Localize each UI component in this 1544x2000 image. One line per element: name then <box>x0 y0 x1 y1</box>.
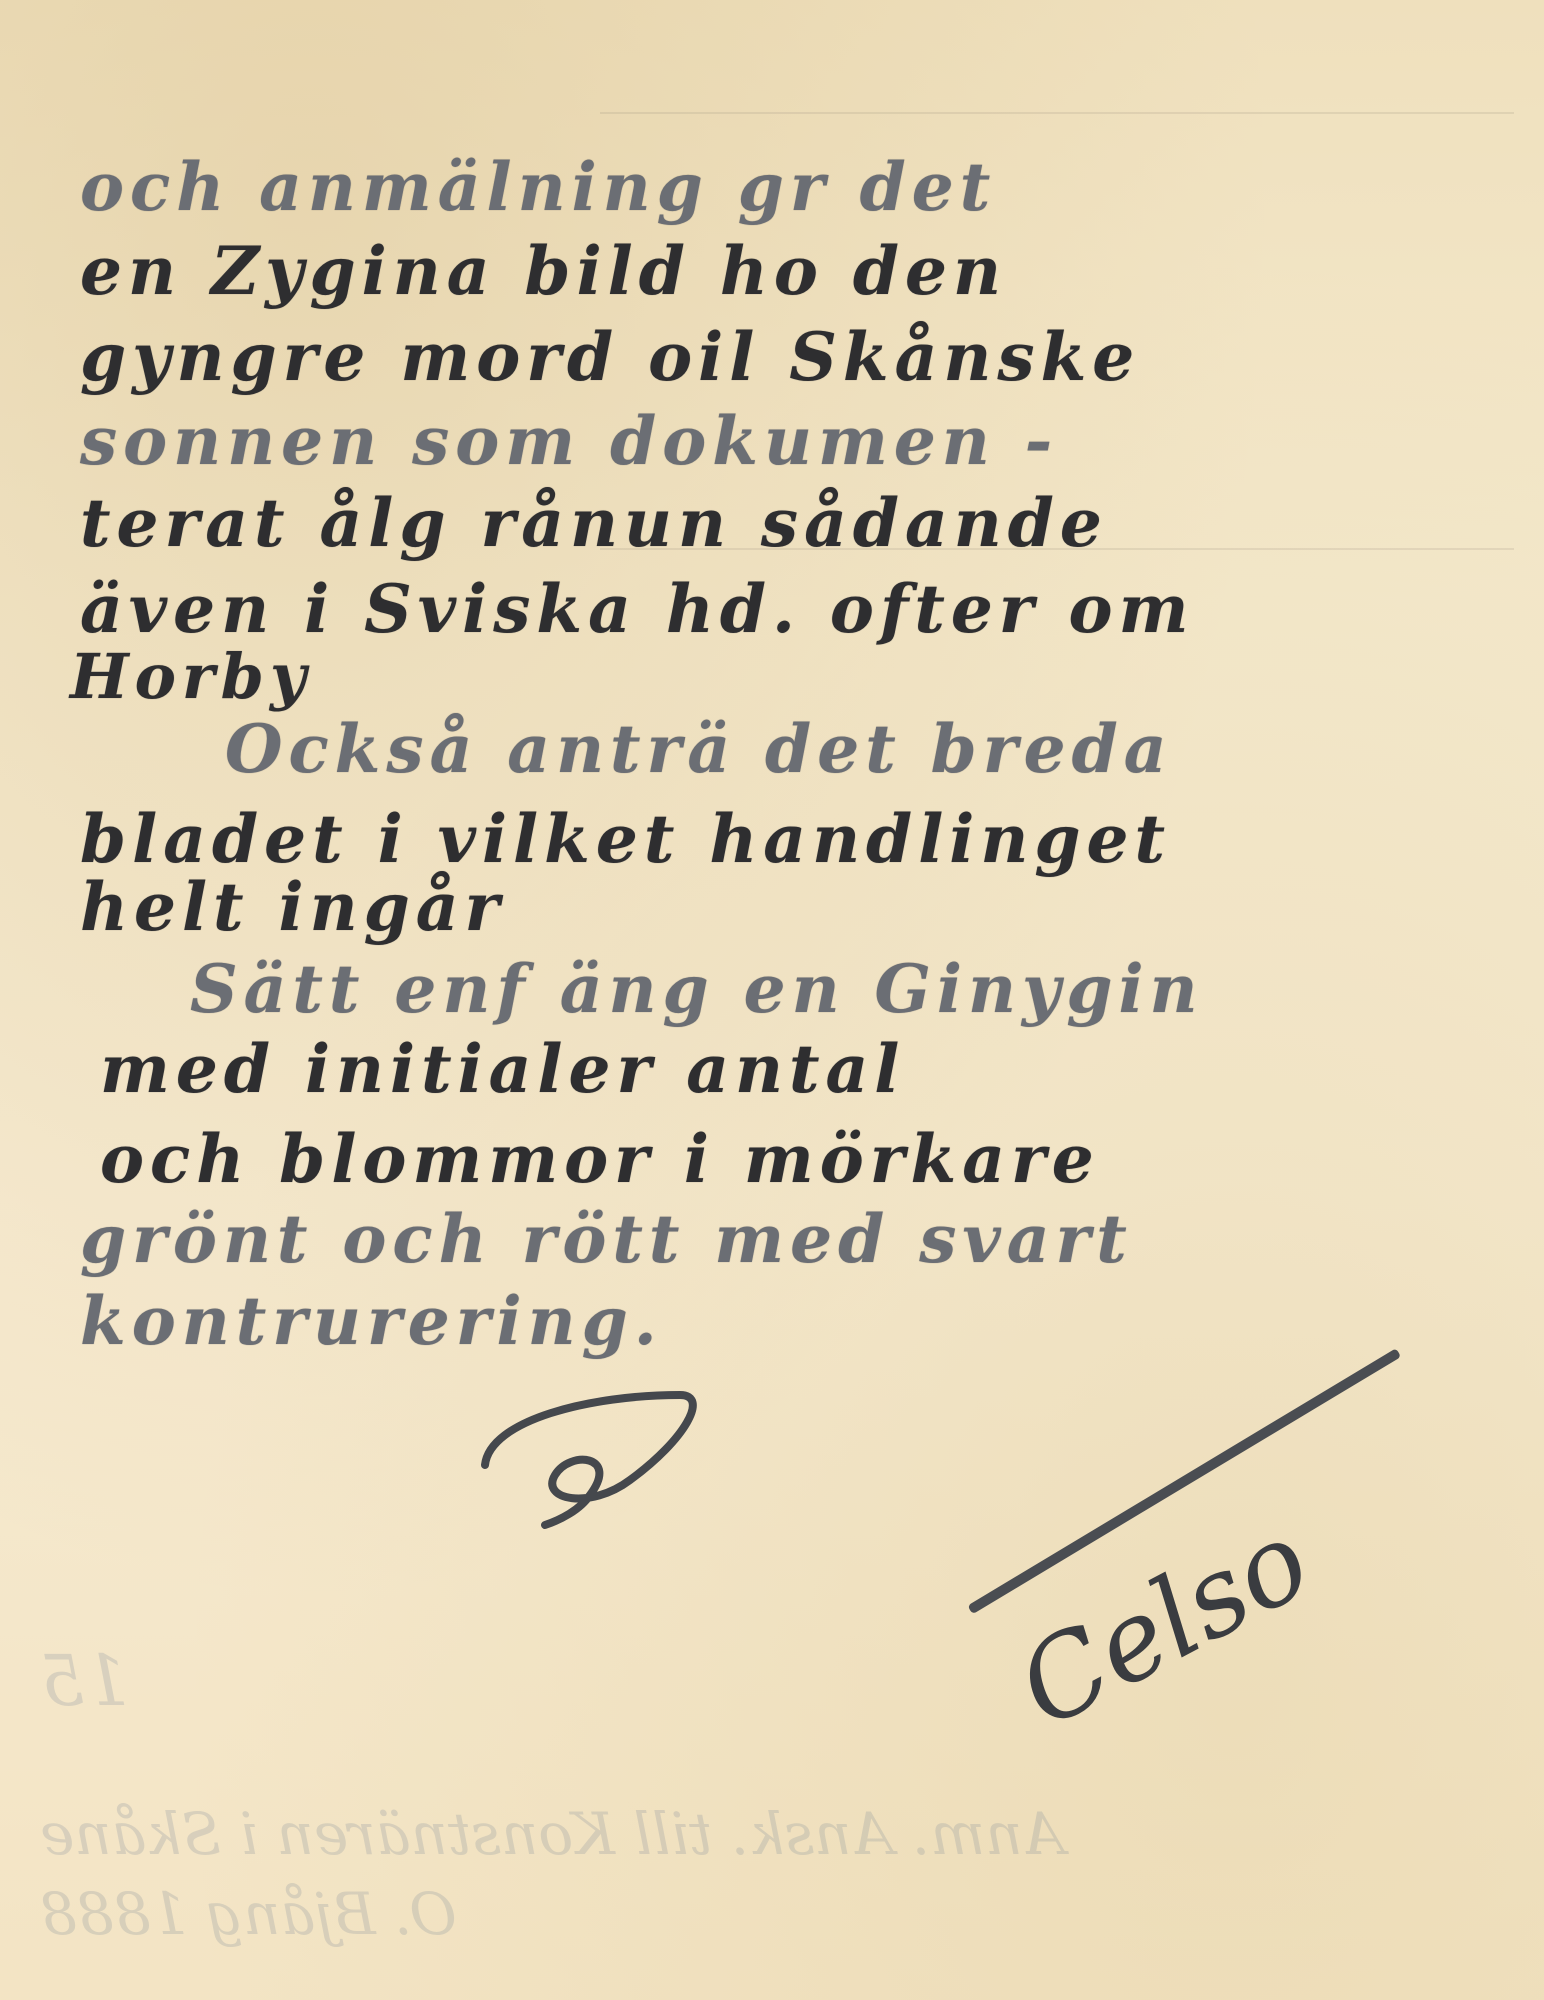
letter-line-3: gyngre mord oil Skånske <box>80 318 1140 396</box>
bleed-through-number: 15 <box>40 1640 129 1722</box>
letter-line-8: Också anträ det breda <box>225 710 1173 788</box>
letter-line-5: terat ålg rånun sådande <box>80 484 1108 562</box>
letter-line-6: även i Sviska hd. ofter om <box>80 570 1194 648</box>
closing-flourish-icon <box>470 1370 890 1550</box>
letter-line-4: sonnen som dokumen - <box>80 402 1058 480</box>
letter-line-7: Horby <box>70 640 312 713</box>
letter-line-10: helt ingår <box>80 868 505 946</box>
faint-ruled-line <box>600 112 1514 114</box>
letter-line-2: en Zygina bild ho den <box>80 232 1007 310</box>
letter-line-1: och anmälning gr det <box>80 148 996 226</box>
bleed-through-line-2: O. Bjång 1888 <box>40 1880 457 1948</box>
letter-line-9: bladet i vilket handlinget <box>80 800 1171 878</box>
letter-line-14: grönt och rött med svart <box>80 1200 1133 1278</box>
letter-line-11: Sätt enf äng en Ginygin <box>190 950 1204 1028</box>
letter-line-12: med initialer antal <box>100 1030 905 1108</box>
letter-line-13: och blommor i mörkare <box>100 1120 1100 1198</box>
letter-line-15: kontrurering. <box>80 1282 663 1360</box>
bleed-through-line-1: Anm. Ansk. till Konstnären i Skåne <box>40 1800 1065 1868</box>
